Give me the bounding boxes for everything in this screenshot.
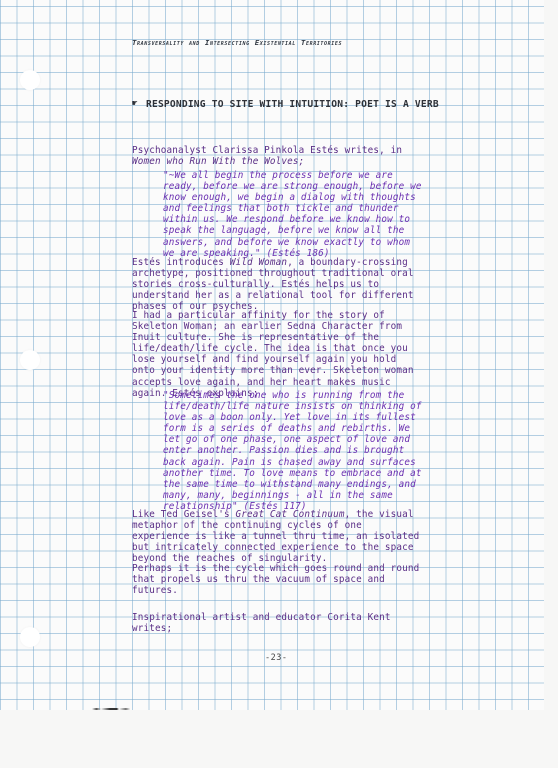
graph-paper-page: Transversality and Intersecting Existent… [0, 0, 544, 710]
section-heading-text: RESPONDING TO SITE WITH INTUITION: POET … [146, 99, 439, 110]
punch-hole [20, 70, 40, 90]
quote-text: "~We all begin the process before we are… [163, 170, 425, 259]
paragraph-text: Inspirational artist and educator Corita… [132, 612, 422, 634]
perhaps-paragraph: Perhaps it is the cycle which goes round… [132, 563, 422, 596]
intro-text: Psychoanalyst Clarissa Pinkola Estés wri… [132, 145, 422, 156]
wild-woman-paragraph: Estés introduces Wild Woman, a boundary-… [132, 257, 422, 312]
punch-hole [20, 627, 40, 647]
block-quote-2: "Sometimes the one who is running from t… [163, 390, 425, 512]
punch-hole [20, 350, 40, 370]
paragraph-text: I had a particular affinity for the stor… [132, 310, 422, 399]
great-cat-continuum-title: Great Cat Continuum [235, 509, 344, 520]
block-quote-1: "~We all begin the process before we are… [163, 170, 425, 259]
quote-text: "Sometimes the one who is running from t… [163, 390, 425, 512]
corita-paragraph: Inspirational artist and educator Corita… [132, 612, 422, 634]
page-number: -23- [265, 653, 287, 663]
wild-woman-title: Wild Woman [230, 257, 287, 268]
paragraph-text: Perhaps it is the cycle which goes round… [132, 563, 422, 596]
hand-pointer-icon: ☛ [132, 100, 141, 109]
book-title: Women who Run With the Wolves; [132, 156, 422, 167]
geisel-paragraph: Like Ted Geisel's Great Cat Continuum, t… [132, 509, 422, 564]
scan-smudge [92, 708, 137, 710]
intro-paragraph: Psychoanalyst Clarissa Pinkola Estés wri… [132, 145, 422, 167]
running-header: Transversality and Intersecting Existent… [132, 38, 342, 47]
paragraph-text: Like Ted Geisel's [132, 509, 235, 520]
paragraph-text: Estés introduces [132, 257, 230, 268]
section-heading: ☛ RESPONDING TO SITE WITH INTUITION: POE… [146, 99, 446, 110]
skeleton-woman-paragraph: I had a particular affinity for the stor… [132, 310, 422, 399]
